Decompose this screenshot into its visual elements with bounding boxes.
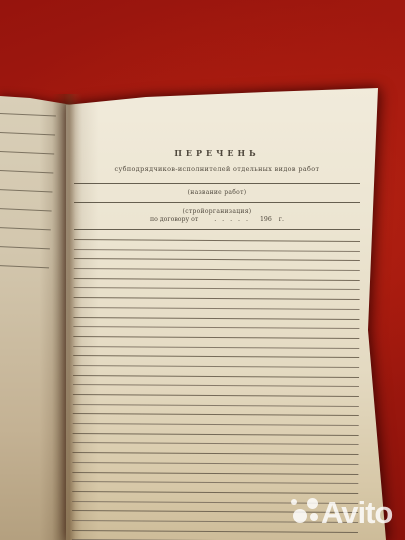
ruled-line (73, 433, 359, 436)
form-blank-line (74, 183, 360, 184)
ruled-line (72, 462, 358, 465)
ruled-line (72, 491, 358, 494)
ruled-line (73, 326, 359, 329)
ruled-line (73, 442, 359, 445)
form-field-caption: (название работ) (74, 189, 360, 196)
ruled-line (73, 423, 359, 426)
ruled-line (0, 170, 53, 174)
ruled-line (74, 239, 360, 242)
ruled-line (0, 246, 50, 250)
ruled-line (72, 471, 358, 474)
form-blank-line (74, 202, 360, 203)
ruled-line (0, 113, 56, 117)
document-subtitle: субподрядчиков-исполнителей отдельных ви… (74, 165, 360, 173)
avito-wordmark: Avito (321, 496, 392, 530)
form-field-caption: (стройорганизация) (74, 208, 360, 215)
ruled-line (73, 404, 359, 407)
contract-year: 196 (260, 216, 272, 223)
right-page: ПЕРЕЧЕНЬ субподрядчиков-исполнителей отд… (66, 86, 390, 540)
ruled-line (74, 287, 360, 290)
book-spine-fold (52, 94, 82, 540)
document-title: ПЕРЕЧЕНЬ (74, 148, 360, 158)
form-blank-line (74, 229, 360, 230)
ruled-line (0, 208, 52, 212)
ruled-line (73, 452, 359, 455)
ruled-line (73, 365, 359, 368)
ruled-line (72, 530, 358, 533)
ruled-line (74, 278, 360, 281)
ruled-line (73, 355, 359, 358)
photo-background: ПЕРЕЧЕНЬ субподрядчиков-исполнителей отд… (0, 0, 405, 540)
contract-date-line: по договору от. . . . .196г. (74, 216, 360, 223)
ruled-line (74, 249, 360, 252)
avito-logo-icon (288, 496, 321, 530)
ruled-line (73, 375, 359, 378)
left-page-ruling (0, 113, 56, 268)
contract-date-dots: . . . . . (214, 216, 250, 223)
ruled-line (73, 336, 359, 339)
ruled-line (73, 394, 359, 397)
ruled-line (0, 189, 52, 193)
ruled-line (0, 132, 55, 136)
right-page-ruling (72, 239, 360, 540)
ruled-line (72, 481, 358, 484)
ruled-line (0, 265, 49, 269)
ruled-line (0, 151, 54, 155)
ruled-line (73, 384, 359, 387)
ruled-line (73, 413, 359, 416)
contract-prefix: по договору от (150, 216, 198, 223)
ruled-line (74, 268, 360, 271)
ruled-line (0, 227, 51, 231)
avito-logo-circle (291, 499, 297, 505)
avito-logo-circle (307, 498, 318, 509)
avito-logo-circle (293, 509, 307, 523)
avito-watermark: Avito (288, 496, 392, 530)
ruled-line (74, 258, 360, 261)
ruled-line (74, 297, 360, 300)
ruled-line (73, 346, 359, 349)
ruled-line (73, 316, 359, 319)
contract-year-suffix: г. (279, 216, 284, 223)
avito-logo-circle (310, 513, 318, 521)
ruled-line (74, 307, 360, 310)
